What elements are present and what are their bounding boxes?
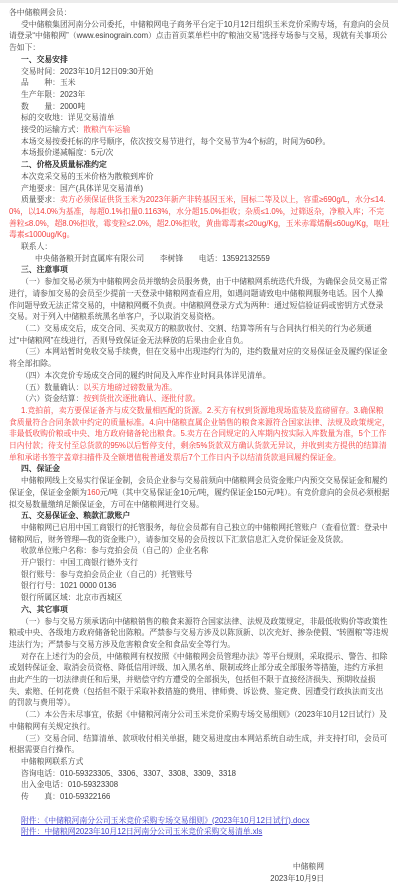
text-run: 本场报价递减幅度：5元/次: [21, 148, 113, 157]
text-run: 品 种：玉米: [21, 78, 76, 87]
account-name: 收款单位账户名称：参与竞拍会员（自己的）企业名称: [9, 545, 390, 557]
session-rule: 本场交易按委托标的序号顺序，依次按交易节进行，每个交易节为4个标的，时间为60秒…: [9, 136, 390, 148]
contact-label: 联系人：: [9, 241, 390, 253]
quantity: 数 量：2000吨: [9, 101, 390, 113]
text-run: （三）交易合同、结算清单、款项收付相关单据，随交易进度由本网站系统自动生成，并支…: [9, 734, 387, 755]
consult-phone: 咨询电话：010-59323305、3306、3307、3308、3309、33…: [9, 768, 390, 780]
other-1: （一）参与交易方须承诺向中储粮销售的粮食来源符合国家法律、法规及政策规定，非最低…: [9, 616, 390, 651]
section-4-heading: 四、保证金: [9, 463, 390, 475]
section-5-heading: 五、交易保证金、粮款汇款账户: [9, 510, 390, 522]
signature-date: 2023年10月9日: [9, 873, 390, 885]
note-3: （三）本网站暂时免收交易手续费，但在交易中出现违约行为的，违约数量对应的交易保证…: [9, 346, 390, 369]
contact-methods-title: 中储粮网联系方式: [9, 756, 390, 768]
note-6: （六）资金结算：按到货批次逐批确认、逐批付款。: [9, 393, 390, 405]
text-run: （二）本公告未尽事宜，依据《中储粮河南分公司玉米竞价采购专场交易细则》（2023…: [9, 710, 387, 731]
text-run: 银行所属区域：北京市西城区: [21, 593, 122, 602]
text-run: （一）参与交易方须承诺向中储粮销售的粮食来源符合国家法律、法规及政策规定，非最低…: [9, 617, 388, 649]
variety: 品 种：玉米: [9, 77, 390, 89]
other-1-penalty: 对存在上述行为的会员，中储粮网有权按照《中储粮网会员管理办法》等平台规则，采取提…: [9, 651, 390, 710]
bank-name: 开户银行：中国工商银行德外支行: [9, 557, 390, 569]
text-run: 传 真：010-59322166: [21, 792, 110, 801]
text-run: 本场交易按委托标的序号顺序，依次按交易节进行，每个交易节为4个标的，时间为60秒…: [21, 137, 330, 146]
document-body: 各中储粮网会员：受中储粮集团河南分公司委托，中储粮网电子商务平台定于10月12日…: [0, 3, 398, 895]
text-run: 1.竞拍前，卖方要保证备齐与成交数量相匹配的货源。2.买方有权到货源地现场监装及…: [9, 406, 390, 462]
spacer: [9, 803, 390, 815]
text-run: 银行行号：1021 0000 0136: [21, 581, 116, 590]
section-3-heading: 三、注意事项: [9, 264, 390, 276]
text-run: 收款单位账户名称：参与竞拍会员（自己的）企业名称: [21, 546, 208, 555]
transport-method: 接受的运输方式：散粮汽车运输: [9, 124, 390, 136]
text-run: 对存在上述行为的会员，中储粮网有权按照《中储粮网会员管理办法》等平台规则，采取提…: [9, 652, 387, 708]
section-6-heading: 六、其它事项: [9, 604, 390, 616]
other-3: （三）交易合同、结算清单、款项收付相关单据，随交易进度由本网站系统自动生成，并支…: [9, 733, 390, 756]
text-run: （三）本网站暂时免收交易手续费，但在交易中出现违约行为的，违约数量对应的交易保证…: [9, 347, 387, 368]
settlement-terms: 1.竞拍前，卖方要保证备齐与成交数量相匹配的货源。2.买方有权到货源地现场监装及…: [9, 405, 390, 464]
text-run: 四、保证金: [21, 464, 60, 473]
salutation: 各中储粮网会员：: [9, 7, 390, 19]
contact-info: 中央储备粮开封直属库有限公司 李树锋 电话：13592132559: [9, 253, 390, 265]
fax: 传 真：010-59322166: [9, 791, 390, 803]
text-run: 联系人：: [21, 242, 52, 251]
text-run: 2023年10月9日: [270, 874, 324, 883]
text-run: （五）数量确认：: [21, 383, 83, 392]
note-4: （四）本次竞价专场成交合同的履约时间及入库作业时间具体详见清单。: [9, 370, 390, 382]
delivery-location: 标的交收地：详见交易清单: [9, 112, 390, 124]
spacer: [9, 850, 390, 862]
attachment-rules-link-text[interactable]: 附件：《中储粮河南分公司玉米竞价采购专场交易细则》(2023年10月12日试行)…: [21, 816, 310, 825]
quality-requirement: 质量要求：卖方必须保证供货玉米为2023年新产非转基因玉米，国标二等及以上，容重…: [9, 194, 390, 241]
text-run: （二）交易成交后，成交合同、买卖双方的粮款收付、交割、结算等所有与合同执行相关的…: [9, 324, 372, 345]
intro-paragraph: 受中储粮集团河南分公司委托，中储粮网电子商务平台定于10月12日组织玉米竞价采购…: [9, 19, 390, 54]
text-run: （一）参加交易必须为中储粮网会员并缴纳会员服务费，由于中储粮网系统迭代升级，为确…: [9, 277, 387, 321]
text-run: 出入金电话：010-59323308: [21, 780, 118, 789]
text-run: 本次竞采交易的玉米价格为散粮到库价: [21, 172, 154, 181]
text-run: 中央储备粮开封直属库有限公司 李树锋 电话：13592132559: [35, 254, 270, 263]
text-run: 中储粮网已启用中国工商银行的托管服务，每位会员都有自己独立的中储粮网托管账户（查…: [9, 523, 387, 544]
section-1-heading: 一、交易安排: [9, 54, 390, 66]
origin-requirement: 产地要求：国产(具体详见交易清单): [9, 183, 390, 195]
text-run: （六）资金结算：: [21, 394, 83, 403]
text-run: 160: [87, 488, 100, 497]
price-basis: 本次竞采交易的玉米价格为散粮到库价: [9, 171, 390, 183]
text-run: 受中储粮集团河南分公司委托，中储粮网电子商务平台定于10月12日组织玉米竞价采购…: [9, 20, 389, 52]
text-run: 咨询电话：010-59323305、3306、3307、3308、3309、33…: [21, 769, 236, 778]
text-run: 开户银行：中国工商银行德外支行: [21, 558, 138, 567]
attachment-rules-link[interactable]: 附件：《中储粮河南分公司玉米竞价采购专场交易细则》(2023年10月12日试行)…: [9, 815, 390, 827]
fund-phone: 出入金电话：010-59323308: [9, 779, 390, 791]
text-run: 银行账号：参与竞拍会员企业（自己的）托管账号: [21, 570, 193, 579]
note-1: （一）参加交易必须为中储粮网会员并缴纳会员服务费，由于中储粮网系统迭代升级，为确…: [9, 276, 390, 323]
production-year: 生产年限：2023年: [9, 89, 390, 101]
text-run: 生产年限：2023年: [21, 90, 85, 99]
text-run: 一、交易安排: [21, 55, 68, 64]
text-run: 六、其它事项: [21, 605, 68, 614]
signature-name: 中储粮网: [9, 861, 390, 873]
section-2-heading: 二、价格及质量标准约定: [9, 159, 390, 171]
price-decrement: 本场报价递减幅度：5元/次: [9, 147, 390, 159]
bank-region: 银行所属区域：北京市西城区: [9, 592, 390, 604]
text-run: 交易时间：2023年10月12日09:30开始: [21, 67, 153, 76]
custody-paragraph: 中储粮网已启用中国工商银行的托管服务，每位会员都有自己独立的中储粮网托管账户（查…: [9, 522, 390, 545]
bank-account: 银行账号：参与竞拍会员企业（自己的）托管账号: [9, 569, 390, 581]
text-run: 产地要求：国产(具体详见交易清单): [21, 184, 143, 193]
attachment-list-link-text[interactable]: 附件：中储粮网2023年10月12日河南分公司玉米竞价采购交易清单.xls: [21, 827, 262, 836]
text-run: 标的交收地：详见交易清单: [21, 113, 115, 122]
text-run: 以买方地磅过磅数量为准。: [83, 383, 177, 392]
text-run: 各中储粮网会员：: [9, 8, 71, 17]
other-2: （二）本公告未尽事宜，依据《中储粮河南分公司玉米竞价采购专场交易细则》（2023…: [9, 709, 390, 732]
text-run: 中储粮网联系方式: [21, 757, 83, 766]
attachment-list-link[interactable]: 附件：中储粮网2023年10月12日河南分公司玉米竞价采购交易清单.xls: [9, 826, 390, 838]
text-run: （四）本次竞价专场成交合同的履约时间及入库作业时间具体详见清单。: [21, 371, 271, 380]
bank-code: 银行行号：1021 0000 0136: [9, 580, 390, 592]
text-run: 五、交易保证金、粮款汇款账户: [21, 511, 130, 520]
text-run: 接受的运输方式：: [21, 125, 83, 134]
text-run: 质量要求：: [21, 195, 60, 204]
deposit-paragraph: 中储粮网线上交易实行保证金制，会员企业参与交易前须向中储粮网会员资金账户内预交交…: [9, 475, 390, 510]
text-run: 二、价格及质量标准约定: [21, 160, 107, 169]
note-5: （五）数量确认：以买方地磅过磅数量为准。: [9, 382, 390, 394]
text-run: 散粮汽车运输: [83, 125, 130, 134]
text-run: 数 量：2000吨: [21, 102, 85, 111]
text-run: 三、注意事项: [21, 265, 68, 274]
spacer: [9, 838, 390, 850]
text-run: 按到货批次逐批确认、逐批付款。: [83, 394, 200, 403]
note-2: （二）交易成交后，成交合同、买卖双方的粮款收付、交割、结算等所有与合同执行相关的…: [9, 323, 390, 346]
text-run: 中储粮网: [293, 862, 324, 871]
text-run: 卖方必须保证供货玉米为2023年新产非转基因玉米，国标二等及以上，容重≥690g…: [9, 195, 389, 239]
trade-time: 交易时间：2023年10月12日09:30开始: [9, 66, 390, 78]
